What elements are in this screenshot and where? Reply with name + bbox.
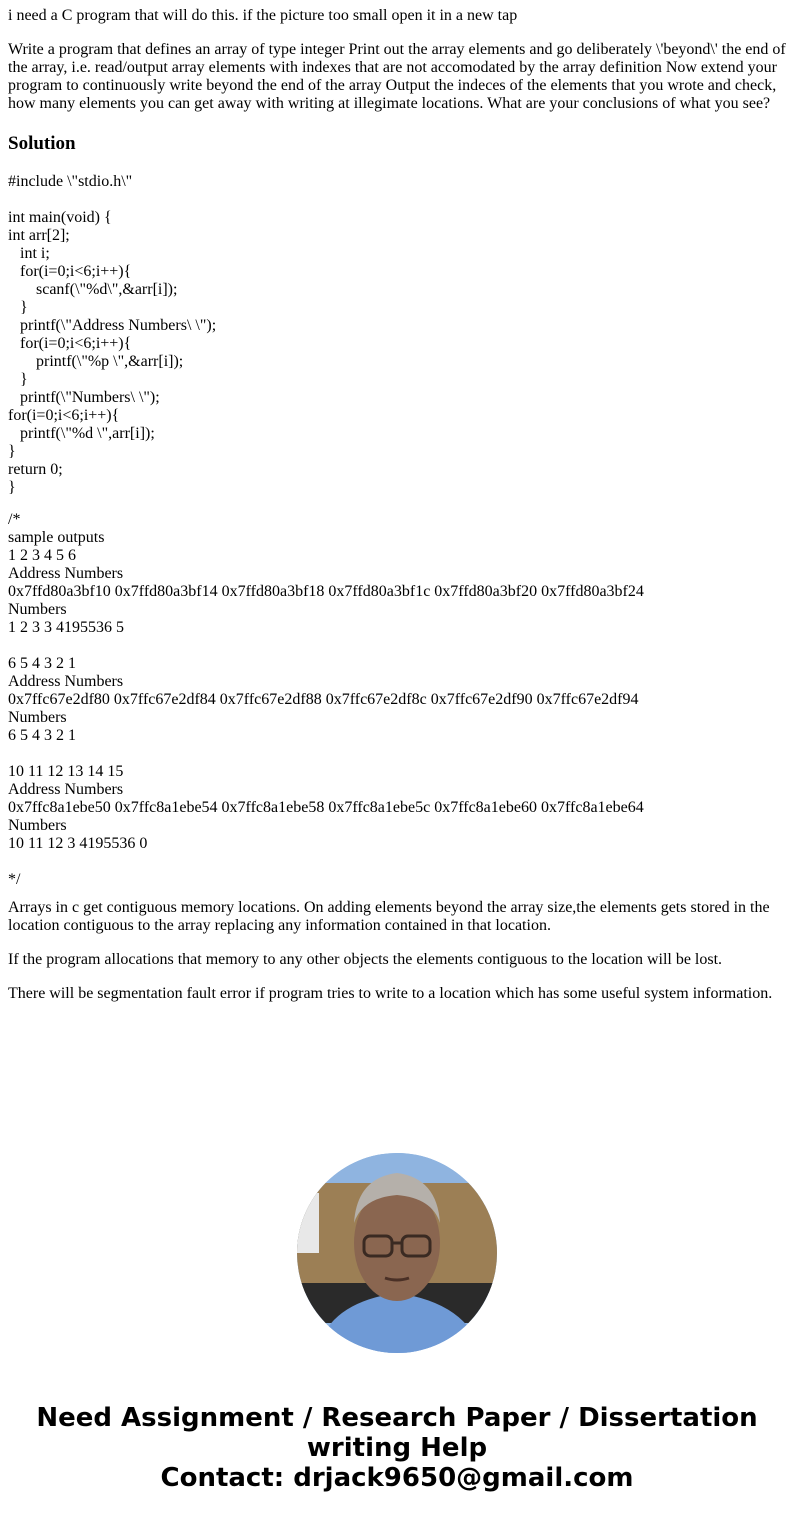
output-line: 6 5 4 3 2 1 bbox=[8, 655, 644, 673]
code-line: printf(\"Numbers\ \"); bbox=[8, 389, 216, 407]
output-line: /* bbox=[8, 511, 644, 529]
conclusion-paragraph: There will be segmentation fault error i… bbox=[8, 985, 788, 1003]
output-line bbox=[8, 853, 644, 871]
promo-footer: Need Assignment / Research Paper / Disse… bbox=[0, 1403, 794, 1493]
promo-line: Need Assignment / Research Paper / Disse… bbox=[0, 1403, 794, 1433]
output-line: 10 11 12 3 4195536 0 bbox=[8, 835, 644, 853]
code-line bbox=[8, 191, 216, 209]
promo-line: writing Help bbox=[0, 1433, 794, 1463]
output-line: Address Numbers bbox=[8, 781, 644, 799]
code-line: int arr[2]; bbox=[8, 227, 216, 245]
sample-output-comment: /*sample outputs1 2 3 4 5 6Address Numbe… bbox=[8, 511, 644, 889]
output-line bbox=[8, 637, 644, 655]
code-line: for(i=0;i<6;i++){ bbox=[8, 335, 216, 353]
code-line: } bbox=[8, 299, 216, 317]
code-line: } bbox=[8, 479, 216, 497]
code-listing: #include \"stdio.h\" int main(void) {int… bbox=[8, 173, 216, 497]
author-avatar bbox=[297, 1153, 497, 1353]
solution-heading: Solution bbox=[8, 133, 76, 155]
output-line: 0x7ffc67e2df80 0x7ffc67e2df84 0x7ffc67e2… bbox=[8, 691, 644, 709]
output-line: Numbers bbox=[8, 601, 644, 619]
code-line: printf(\"Address Numbers\ \"); bbox=[8, 317, 216, 335]
output-line: sample outputs bbox=[8, 529, 644, 547]
code-line: } bbox=[8, 443, 216, 461]
code-line: printf(\"%d \",arr[i]); bbox=[8, 425, 216, 443]
question-body: Write a program that defines an array of… bbox=[8, 41, 788, 113]
output-line: Numbers bbox=[8, 817, 644, 835]
output-line: 0x7ffc8a1ebe50 0x7ffc8a1ebe54 0x7ffc8a1e… bbox=[8, 799, 644, 817]
question-title: i need a C program that will do this. if… bbox=[8, 7, 517, 25]
output-line: 6 5 4 3 2 1 bbox=[8, 727, 644, 745]
code-line: for(i=0;i<6;i++){ bbox=[8, 263, 216, 281]
code-line: #include \"stdio.h\" bbox=[8, 173, 216, 191]
conclusions: Arrays in c get contiguous memory locati… bbox=[8, 899, 788, 1019]
code-line: printf(\"%p \",&arr[i]); bbox=[8, 353, 216, 371]
code-line: for(i=0;i<6;i++){ bbox=[8, 407, 216, 425]
conclusion-paragraph: Arrays in c get contiguous memory locati… bbox=[8, 899, 788, 935]
output-line: 1 2 3 4 5 6 bbox=[8, 547, 644, 565]
output-line: Address Numbers bbox=[8, 673, 644, 691]
output-line: 1 2 3 3 4195536 5 bbox=[8, 619, 644, 637]
output-line: Address Numbers bbox=[8, 565, 644, 583]
person-photo-icon bbox=[297, 1153, 497, 1353]
contact-email: Contact: drjack9650@gmail.com bbox=[0, 1463, 794, 1493]
code-line: return 0; bbox=[8, 461, 216, 479]
output-line: Numbers bbox=[8, 709, 644, 727]
output-line: */ bbox=[8, 871, 644, 889]
output-line: 0x7ffd80a3bf10 0x7ffd80a3bf14 0x7ffd80a3… bbox=[8, 583, 644, 601]
code-line: int main(void) { bbox=[8, 209, 216, 227]
conclusion-paragraph: If the program allocations that memory t… bbox=[8, 951, 788, 969]
output-line bbox=[8, 745, 644, 763]
code-line: int i; bbox=[8, 245, 216, 263]
code-line: scanf(\"%d\",&arr[i]); bbox=[8, 281, 216, 299]
code-line: } bbox=[8, 371, 216, 389]
output-line: 10 11 12 13 14 15 bbox=[8, 763, 644, 781]
